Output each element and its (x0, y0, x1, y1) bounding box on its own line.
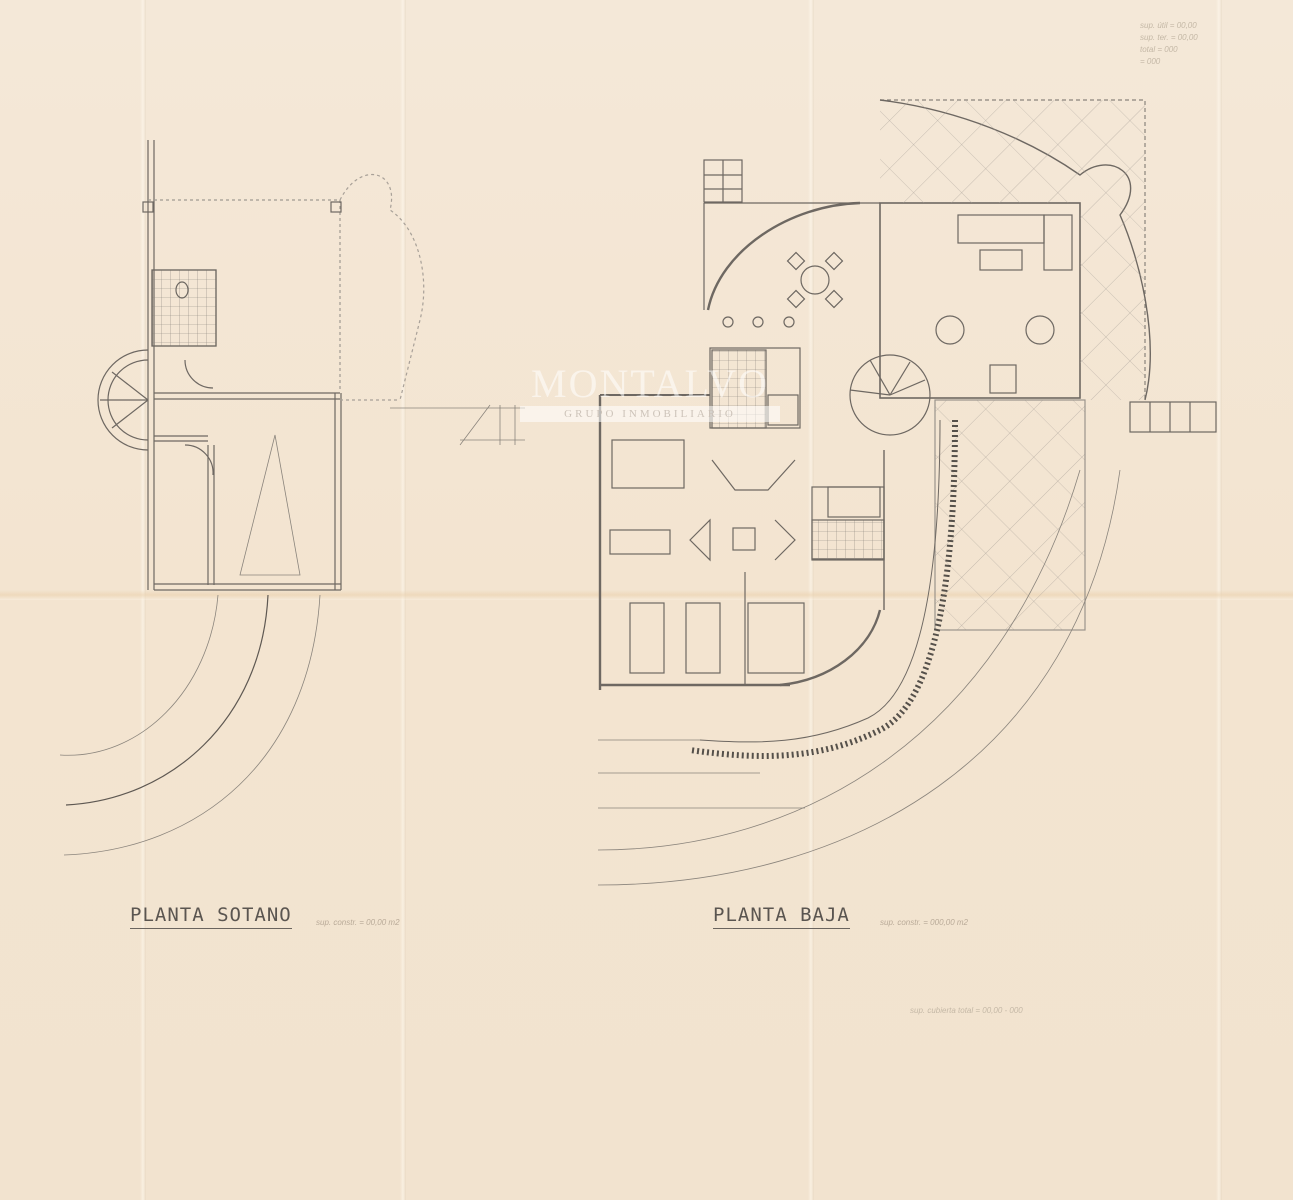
plan-subnote-sotano: sup. constr. = 00,00 m2 (316, 918, 400, 927)
section-marker (390, 405, 525, 445)
floor-plan-drawing (0, 0, 1293, 1200)
plan-baja (598, 100, 1216, 885)
plan-subnote-baja: sup. constr. = 000,00 m2 (880, 918, 968, 927)
plan-title-baja: PLANTA BAJA (713, 904, 850, 929)
plan-title-sotano: PLANTA SOTANO (130, 904, 292, 929)
watermark-tagline: GRUPO INMOBILIARIO (520, 406, 780, 422)
area-notes: sup. útil = 00,00 sup. ter. = 00,00 tota… (1140, 20, 1198, 68)
plan-sotano (60, 140, 424, 855)
bottom-note: sup. cubierta total = 00,00 - 000 (910, 1005, 1023, 1017)
drawing-sheet: PLANTA SOTANO sup. constr. = 00,00 m2 PL… (0, 0, 1293, 1200)
watermark: MONTALVO GRUPO INMOBILIARIO (520, 362, 780, 422)
watermark-brand: MONTALVO (520, 362, 780, 406)
